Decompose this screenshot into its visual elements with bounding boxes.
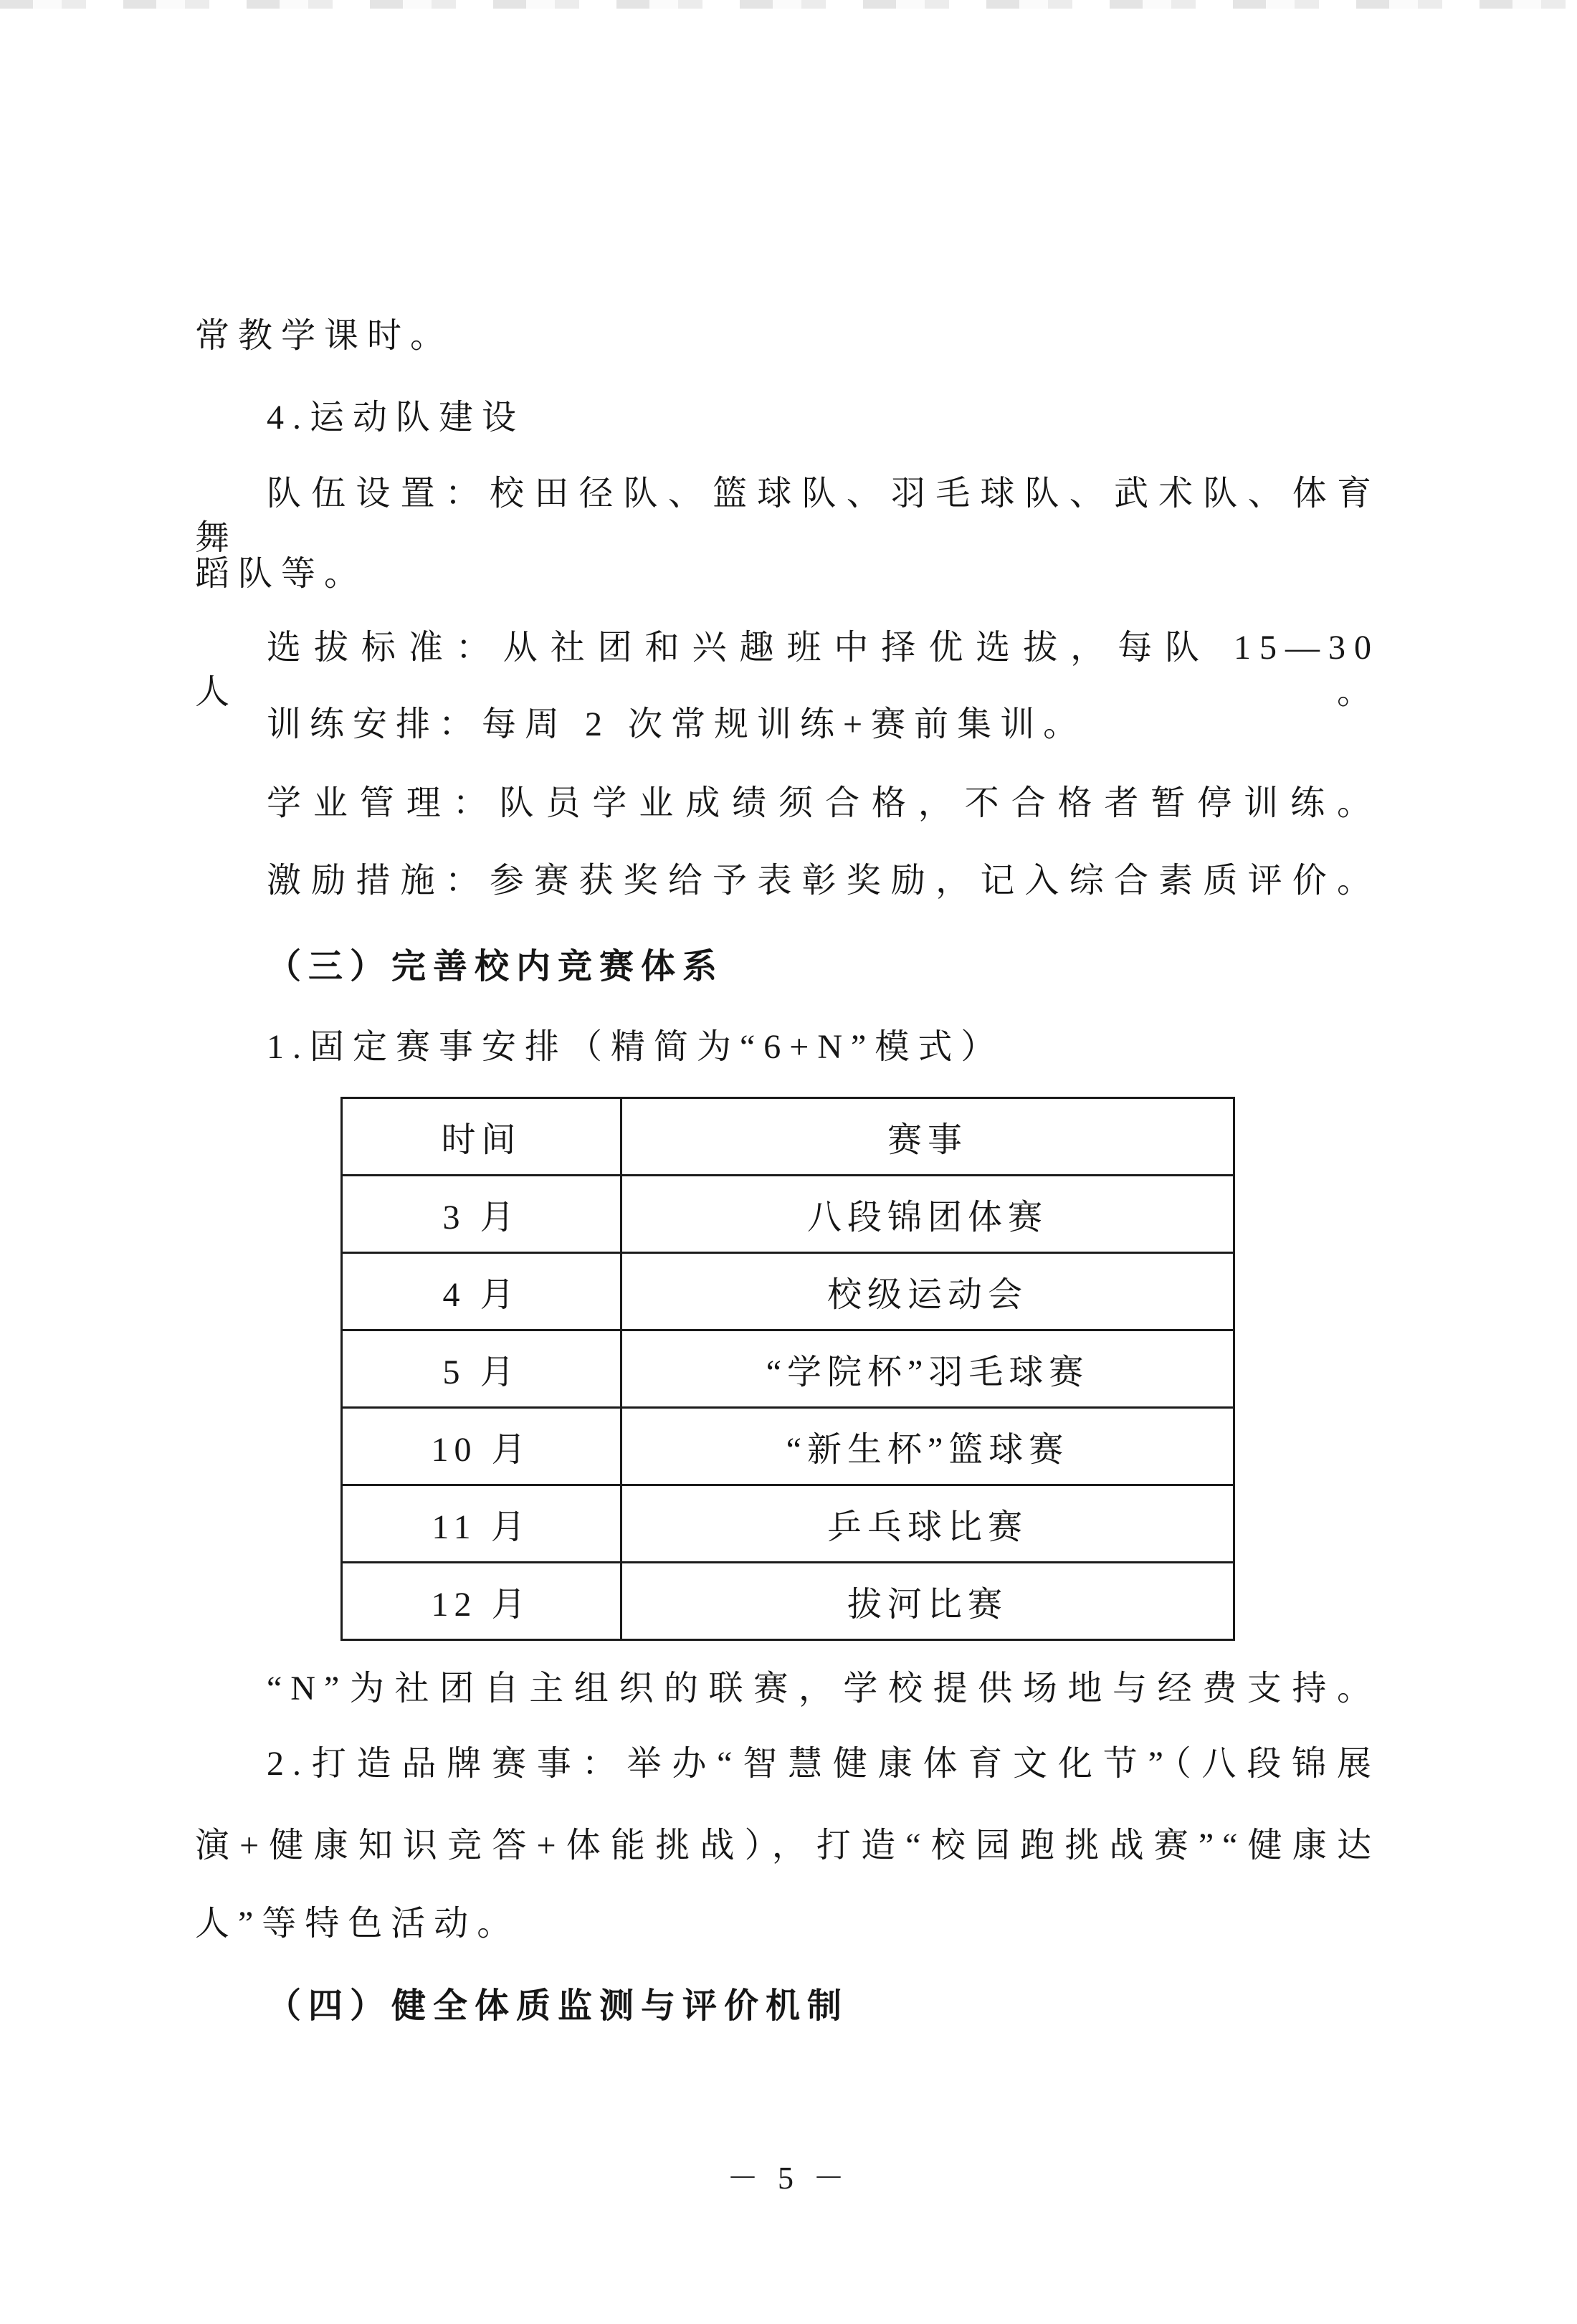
- table-cell-event: “学院杯”羽毛球赛: [621, 1330, 1234, 1408]
- paragraph-team-setup-line1: 队伍设置：校田径队、篮球队、羽毛球队、武术队、体育舞: [195, 472, 1380, 561]
- table-row: 3 月 八段锦团体赛: [342, 1176, 1234, 1253]
- table-cell-month: 4 月: [342, 1253, 621, 1330]
- table-cell-event: “新生杯”篮球赛: [621, 1408, 1234, 1485]
- paragraph-training-schedule: 训练安排：每周 2 次常规训练+赛前集训。: [195, 703, 1380, 747]
- table-cell-event: 校级运动会: [621, 1253, 1234, 1330]
- table-cell-month: 5 月: [342, 1330, 621, 1408]
- table-cell-month: 11 月: [342, 1485, 621, 1563]
- paragraph-team-setup-line2: 蹈队等。: [195, 552, 1380, 596]
- table-row: 10 月 “新生杯”篮球赛: [342, 1408, 1234, 1485]
- paragraph-brand-events-line1: 2.打造品牌赛事：举办“智慧健康体育文化节”（八段锦展: [195, 1742, 1380, 1786]
- heading-section-4: （四）健全体质监测与评价机制: [195, 1984, 1380, 2029]
- page-number: － 5 －: [0, 2152, 1577, 2198]
- table-row: 5 月 “学院杯”羽毛球赛: [342, 1330, 1234, 1408]
- table-header-row: 时间 赛事: [342, 1098, 1234, 1176]
- paragraph-brand-events-line2: 演+健康知识竞答+体能挑战），打造“校园跑挑战赛”“健康达: [195, 1824, 1380, 1868]
- numbered-item-sports-team-title: 4.运动队建设: [195, 396, 1380, 440]
- events-table: 时间 赛事 3 月 八段锦团体赛 4 月 校级运动会 5 月 “学院杯”羽毛球赛…: [340, 1097, 1235, 1641]
- table-cell-event: 八段锦团体赛: [621, 1176, 1234, 1253]
- table-row: 11 月 乒乓球比赛: [342, 1485, 1234, 1563]
- table-cell-event: 乒乓球比赛: [621, 1485, 1234, 1563]
- table-row: 4 月 校级运动会: [342, 1253, 1234, 1330]
- table-header-event: 赛事: [621, 1098, 1234, 1176]
- paragraph-incentives: 激励措施：参赛获奖给予表彰奖励，记入综合素质评价。: [195, 859, 1380, 903]
- table-cell-month: 10 月: [342, 1408, 621, 1485]
- paragraph-selection-criteria: 选拔标准：从社团和兴趣班中择优选拔，每队 15—30 人。: [195, 626, 1380, 715]
- paragraph-carryover: 常教学课时。: [195, 314, 1380, 358]
- numbered-item-fixed-schedule-title: 1.固定赛事安排（精简为“6+N”模式）: [195, 1025, 1380, 1070]
- paragraph-academic-management: 学业管理：队员学业成绩须合格，不合格者暂停训练。: [195, 781, 1380, 826]
- scan-artifact: [0, 0, 1577, 9]
- table-header-time: 时间: [342, 1098, 621, 1176]
- paragraph-note-n: “N”为社团自主组织的联赛，学校提供场地与经费支持。: [195, 1667, 1380, 1711]
- table-cell-month: 12 月: [342, 1563, 621, 1640]
- table-cell-event: 拔河比赛: [621, 1563, 1234, 1640]
- table-row: 12 月 拔河比赛: [342, 1563, 1234, 1640]
- paragraph-brand-events-line3: 人”等特色活动。: [195, 1902, 1380, 1946]
- table-cell-month: 3 月: [342, 1176, 621, 1253]
- heading-section-3: （三）完善校内竞赛体系: [195, 945, 1380, 989]
